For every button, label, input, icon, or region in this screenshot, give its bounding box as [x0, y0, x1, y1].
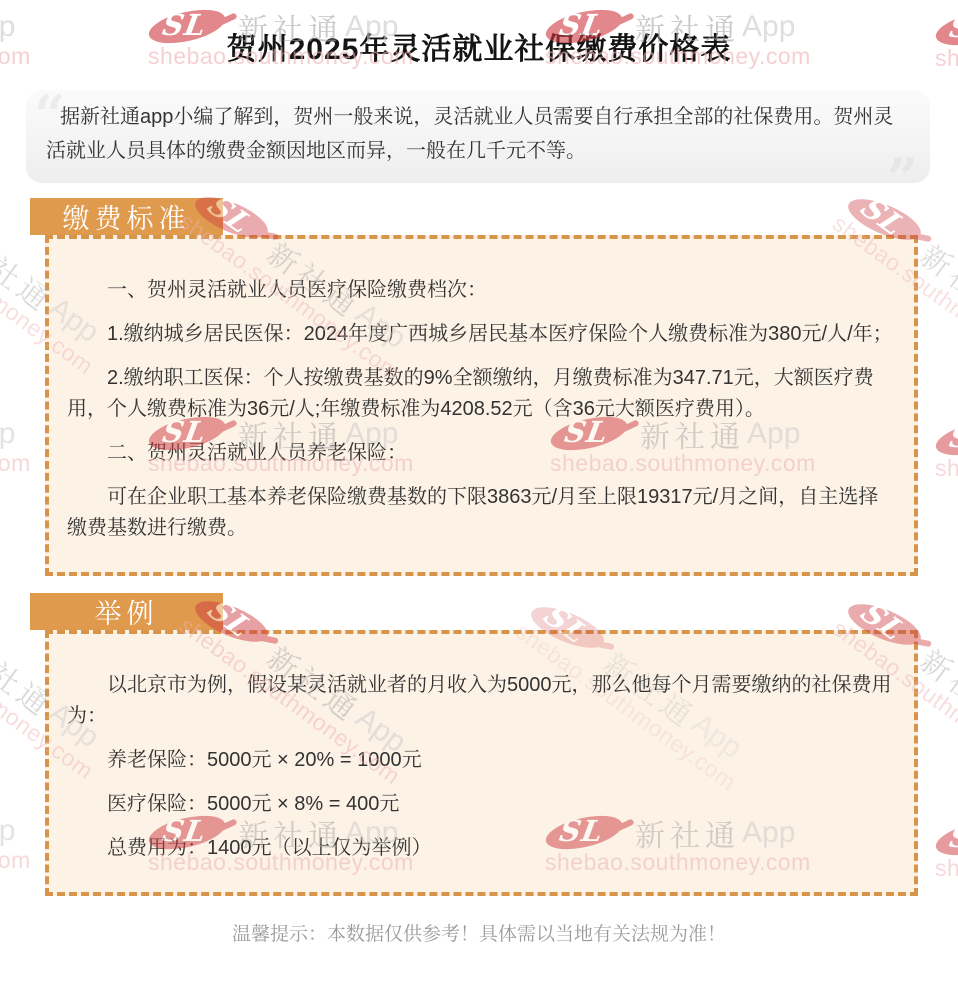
paragraph: 一、贺州灵活就业人员医疗保险缴费档次： — [67, 275, 896, 306]
open-quote-icon: “ — [34, 88, 65, 142]
section-badge: 举例 — [30, 593, 223, 630]
paragraph: 总费用为：1400元（以上仅为举例） — [67, 833, 896, 864]
close-quote-icon: ” — [887, 151, 918, 205]
section-badge-label: 缴费标准 — [63, 197, 191, 236]
footer-disclaimer: 温馨提示：本数据仅供参考！具体需以当地有关法规为准！ — [0, 919, 958, 946]
section-badge: 缴费标准 — [30, 198, 223, 235]
paragraph: 可在企业职工基本养老保险缴费基数的下限3863元/月至上限19317元/月之间，… — [67, 482, 896, 544]
article-page: 贺州2025年灵活就业社保缴费价格表 “ 据新社通app小编了解到，贺州一般来说… — [0, 0, 958, 988]
paragraph: 养老保险：5000元 × 20% = 1000元 — [67, 745, 896, 776]
section-example: 举例 以北京市为例，假设某灵活就业者的月收入为5000元，那么他每个月需要缴纳的… — [30, 593, 958, 896]
paragraph: 2.缴纳职工医保：个人按缴费基数的9%全额缴纳，月缴费标准为347.71元，大额… — [67, 363, 896, 425]
paragraph: 二、贺州灵活就业人员养老保险： — [67, 438, 896, 469]
payment-standard-box: 一、贺州灵活就业人员医疗保险缴费档次： 1.缴纳城乡居民医保：2024年度广西城… — [45, 235, 918, 576]
section-badge-label: 举例 — [95, 592, 159, 631]
section-payment-standard: 缴费标准 一、贺州灵活就业人员医疗保险缴费档次： 1.缴纳城乡居民医保：2024… — [30, 198, 958, 576]
paragraph: 1.缴纳城乡居民医保：2024年度广西城乡居民基本医疗保险个人缴费标准为380元… — [67, 319, 896, 350]
intro-quote-box: “ 据新社通app小编了解到，贺州一般来说，灵活就业人员需要自行承担全部的社保费… — [26, 90, 930, 183]
paragraph: 以北京市为例，假设某灵活就业者的月收入为5000元，那么他每个月需要缴纳的社保费… — [67, 670, 896, 732]
intro-text: 据新社通app小编了解到，贺州一般来说，灵活就业人员需要自行承担全部的社保费用。… — [46, 101, 910, 168]
page-title: 贺州2025年灵活就业社保缴费价格表 — [0, 0, 958, 64]
example-box: 以北京市为例，假设某灵活就业者的月收入为5000元，那么他每个月需要缴纳的社保费… — [45, 630, 918, 896]
watermark-suffix: App — [0, 417, 15, 451]
paragraph: 医疗保险：5000元 × 8% = 400元 — [67, 789, 896, 820]
watermark-suffix: App — [0, 814, 15, 848]
